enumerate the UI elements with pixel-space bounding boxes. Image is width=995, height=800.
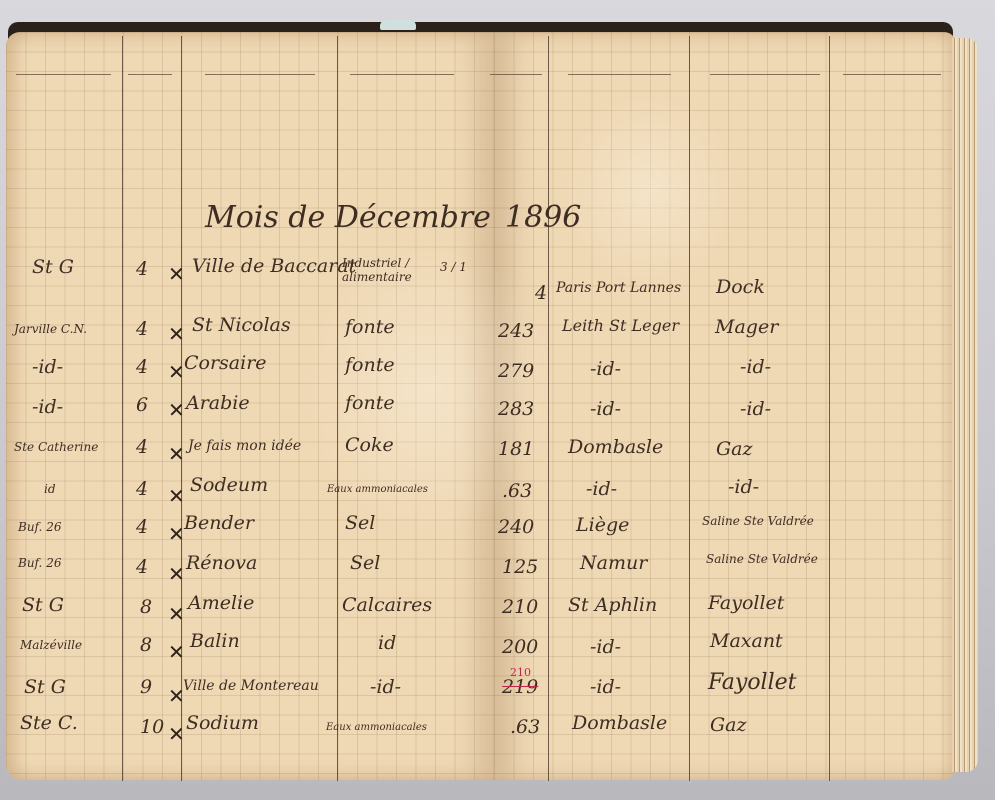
check-mark-icon: ✕ xyxy=(168,322,185,346)
header-rule xyxy=(128,74,172,75)
column-rule xyxy=(548,36,549,781)
amount-cell: 181 xyxy=(498,438,534,460)
page-clip xyxy=(380,20,416,30)
destination-cell: -id- xyxy=(586,478,617,500)
column-rule xyxy=(122,36,123,781)
check-mark-icon: ✕ xyxy=(168,360,185,384)
header-rule xyxy=(710,74,820,75)
ship-cell: Corsaire xyxy=(184,352,267,374)
note-cell: 3 / 1 xyxy=(440,260,467,274)
check-mark-icon: ✕ xyxy=(168,522,185,546)
recipient-cell: -id- xyxy=(728,476,759,498)
amount-cell: .63 xyxy=(502,480,532,502)
destination-cell: -id- xyxy=(590,676,621,698)
cargo-cell: Coke xyxy=(345,434,394,456)
ship-cell: Balin xyxy=(190,630,240,652)
destination-cell: Dombasle xyxy=(568,436,663,458)
ship-cell: St Nicolas xyxy=(192,314,291,336)
day-cell: 4 xyxy=(136,258,148,280)
cargo-cell: id xyxy=(378,632,396,654)
check-mark-icon: ✕ xyxy=(168,562,185,586)
recipient-cell: Dock xyxy=(716,276,765,298)
origin-cell: Buf. 26 xyxy=(18,520,61,534)
cargo-cell: Industriel / alimentaire xyxy=(342,256,442,284)
header-rule xyxy=(350,74,454,75)
recipient-cell: Fayollet xyxy=(708,670,797,695)
day-cell: 4 xyxy=(136,436,148,458)
recipient-cell: Mager xyxy=(715,316,778,338)
right-page xyxy=(494,32,956,780)
day-cell: 6 xyxy=(136,394,148,416)
year-heading: 1896 xyxy=(505,200,581,235)
destination-cell: -id- xyxy=(590,398,621,420)
recipient-cell: Maxant xyxy=(710,630,783,652)
day-cell: 8 xyxy=(140,596,152,618)
cargo-cell: Eaux ammoniacales xyxy=(326,722,427,733)
header-rule xyxy=(568,74,671,75)
origin-cell: Buf. 26 xyxy=(18,556,61,570)
day-cell: 4 xyxy=(136,556,148,578)
destination-cell: Liège xyxy=(576,514,629,536)
destination-cell: -id- xyxy=(590,358,621,380)
destination-cell: Dombasle xyxy=(572,712,667,734)
origin-cell: id xyxy=(44,482,56,496)
cargo-cell: fonte xyxy=(345,316,395,338)
column-rule xyxy=(689,36,690,781)
amount-cell: 243 xyxy=(498,320,534,342)
ship-cell: Arabie xyxy=(186,392,250,414)
amount-cell: 200 xyxy=(502,636,538,658)
destination-cell: -id- xyxy=(590,636,621,658)
recipient-cell: -id- xyxy=(740,356,771,378)
left-page xyxy=(6,32,494,780)
ship-cell: Je fais mon idée xyxy=(188,438,301,454)
page-edges xyxy=(952,38,978,772)
check-mark-icon: ✕ xyxy=(168,398,185,422)
origin-cell: St G xyxy=(22,594,64,616)
amount-cell: 4 xyxy=(535,282,547,304)
cargo-cell: fonte xyxy=(345,392,395,414)
header-rule xyxy=(16,74,111,75)
ship-cell: Ville de Baccarat xyxy=(192,255,356,277)
day-cell: 4 xyxy=(136,318,148,340)
check-mark-icon: ✕ xyxy=(168,722,185,746)
column-rule xyxy=(337,36,338,781)
amount-cell: 283 xyxy=(498,398,534,420)
ship-cell: Sodium xyxy=(186,712,259,734)
check-mark-icon: ✕ xyxy=(168,442,185,466)
amount-cell: 219 xyxy=(502,676,538,698)
recipient-cell: Fayollet xyxy=(708,592,784,614)
ship-cell: Amelie xyxy=(188,592,254,614)
day-cell: 10 xyxy=(140,716,164,738)
destination-cell: Leith St Leger xyxy=(562,316,679,335)
recipient-cell: -id- xyxy=(740,398,771,420)
origin-cell: St G xyxy=(24,676,66,698)
destination-cell: Namur xyxy=(580,552,647,574)
ship-cell: Rénova xyxy=(186,552,257,574)
cargo-cell: fonte xyxy=(345,354,395,376)
amount-cell: 210 xyxy=(502,596,538,618)
recipient-cell: Gaz xyxy=(710,714,747,736)
destination-cell: St Aphlin xyxy=(568,594,657,616)
day-cell: 4 xyxy=(136,356,148,378)
cargo-cell: -id- xyxy=(370,676,401,698)
origin-cell: -id- xyxy=(32,396,63,418)
origin-cell: Malzéville xyxy=(20,638,82,652)
check-mark-icon: ✕ xyxy=(168,602,185,626)
origin-cell: -id- xyxy=(32,356,63,378)
destination-cell: Paris Port Lannes xyxy=(556,280,681,296)
day-cell: 4 xyxy=(136,516,148,538)
header-rule xyxy=(843,74,941,75)
cargo-cell: Sel xyxy=(350,552,380,574)
amount-cell: 240 xyxy=(498,516,534,538)
amount-cell: 125 xyxy=(502,556,538,578)
amount-cell: 279 xyxy=(498,360,534,382)
header-rule xyxy=(205,74,315,75)
ship-cell: Bender xyxy=(184,512,254,534)
header-rule xyxy=(490,74,542,75)
ship-cell: Ville de Montereau xyxy=(183,678,319,694)
origin-cell: St G xyxy=(32,256,74,278)
ship-cell: Sodeum xyxy=(190,474,268,496)
origin-cell: Ste Catherine xyxy=(14,440,98,454)
check-mark-icon: ✕ xyxy=(168,262,185,286)
cargo-cell: Eaux ammoniacales xyxy=(327,484,428,495)
day-cell: 8 xyxy=(140,634,152,656)
month-heading: Mois de Décembre xyxy=(205,200,491,235)
column-rule xyxy=(829,36,830,781)
day-cell: 9 xyxy=(140,676,152,698)
origin-cell: Ste C. xyxy=(20,712,78,734)
cargo-cell: Calcaires xyxy=(342,594,432,616)
day-cell: 4 xyxy=(136,478,148,500)
check-mark-icon: ✕ xyxy=(168,640,185,664)
recipient-cell: Gaz xyxy=(716,438,753,460)
check-mark-icon: ✕ xyxy=(168,484,185,508)
recipient-cell: Saline Ste Valdrée xyxy=(706,552,818,566)
origin-cell: Jarville C.N. xyxy=(14,322,87,336)
amount-cell: .63 xyxy=(510,716,540,738)
recipient-cell: Saline Ste Valdrée xyxy=(702,514,814,528)
cargo-cell: Sel xyxy=(345,512,375,534)
